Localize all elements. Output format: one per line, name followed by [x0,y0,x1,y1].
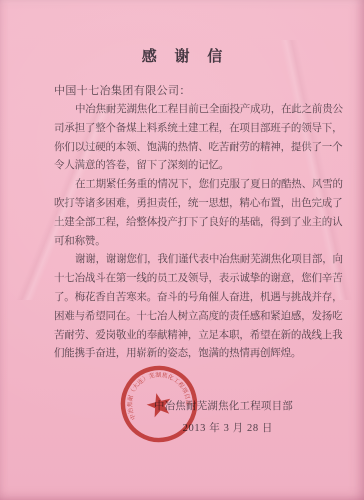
body-line: 可和称赞。 [54,233,320,252]
letter-title: 感 谢 信 [0,0,364,66]
letter-date: 2013 年 3 月 28 日 [183,419,273,438]
body-line: 你们以过硬的本领、饱满的热情、吃苦耐劳的精神，提供了一个 [54,139,320,158]
body-line: 了。梅花香自苦寒来。奋斗的号角催人奋进，机遇与挑战并存， [54,289,320,308]
body-line: 们能携手奋进，用崭新的姿态，饱满的热情再创辉煌。 [54,345,320,364]
body-line: 吹打等诸多困难，勇担责任，统一思想，精心布置，出色完成了 [54,195,320,214]
paragraph: 中冶焦耐芜湖焦化工程目前已全面投产成功，在此之前贵公司承担了整个备煤上料系统土建… [54,101,320,176]
letter-signature: 中冶焦耐芜湖焦化工程项目部 [154,397,293,416]
body-line: 十七冶战斗在第一线的员工及领导，表示诚挚的谢意，您们辛苦 [54,270,320,289]
body-line: 中冶焦耐芜湖焦化工程目前已全面投产成功，在此之前贵公 [54,101,320,120]
paragraph: 谢谢，谢谢您们，我们谨代表中冶焦耐芜湖焦化项目部，向十七冶战斗在第一线的员工及领… [54,251,320,364]
body-line: 土建全部工程，给整体投产打下了良好的基础，得到了业主的认 [54,214,320,233]
letter-salutation: 中国十七冶集团有限公司： [54,82,364,101]
body-line: 困难与希望同在。十七冶人树立高度的责任感和紧迫感，发扬吃 [54,308,320,327]
letter-body: 中冶焦耐芜湖焦化工程目前已全面投产成功，在此之前贵公司承担了整个备煤上料系统土建… [54,101,320,364]
body-line: 谢谢，谢谢您们，我们谨代表中冶焦耐芜湖焦化项目部，向 [54,251,320,270]
body-line: 司承担了整个备煤上料系统土建工程，在项目部班子的领导下， [54,120,320,139]
body-line: 苦耐劳、爱岗敬业的奉献精神，立足本职，希望在新的战线上我 [54,327,320,346]
body-line: 令人满意的答卷，留下了深刻的记忆。 [54,157,320,176]
body-line: 在工期紧任务重的情况下，您们克服了夏日的酷热、风雪的 [54,176,320,195]
paragraph: 在工期紧任务重的情况下，您们克服了夏日的酷热、风雪的吹打等诸多困难，勇担责任，统… [54,176,320,251]
letter-paper: 感 谢 信 中国十七冶集团有限公司： 中冶焦耐芜湖焦化工程目前已全面投产成功，在… [0,0,364,500]
